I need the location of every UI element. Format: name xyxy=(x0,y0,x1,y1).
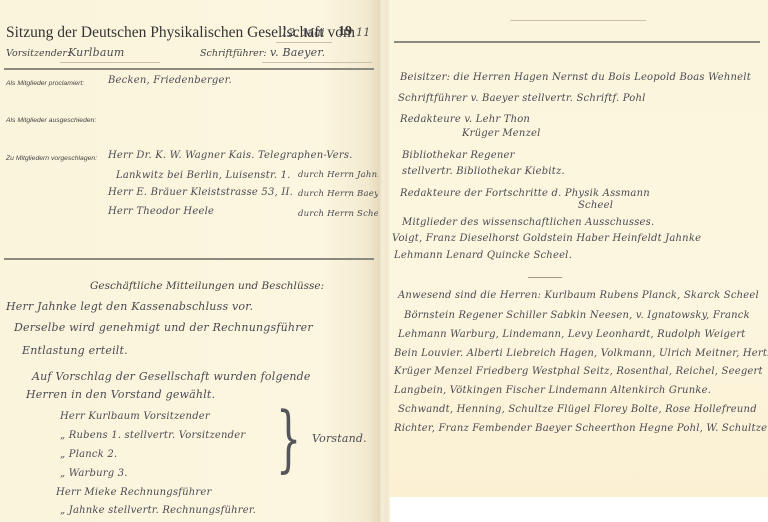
attendance-line-3: Lehmann Warburg, Lindemann, Levy Leonhar… xyxy=(398,329,745,340)
board-member-2: „ Rubens 1. stellvertr. Vorsitzender xyxy=(60,430,245,441)
committee-heading: Mitglieder des wissenschaftlichen Aussch… xyxy=(402,217,654,228)
session-date: 12. Mai xyxy=(281,26,325,39)
brace-label: Vorstand. xyxy=(312,432,367,445)
sponsor-2: durch Herrn Baeyer. xyxy=(298,189,390,199)
header-rule xyxy=(4,68,374,70)
top-short-rule xyxy=(510,20,646,21)
secretary-label: Schriftführer: xyxy=(200,48,267,59)
attendance-line-6: Langbein, Vötkingen Fischer Lindemann Al… xyxy=(394,385,711,396)
business-para-3: Entlastung erteilt. xyxy=(22,344,128,357)
attendance-line-8: Richter, Franz Fembender Baeyer Scheerth… xyxy=(394,423,768,434)
year-handwritten: 11 xyxy=(356,26,370,39)
resigned-label: Als Mitglieder ausgeschieden: xyxy=(6,117,96,124)
attendance-line-5: Krüger Menzel Friedberg Westphal Seitz, … xyxy=(394,366,763,377)
proposed-label: Zu Mitgliedern vorgeschlagen: xyxy=(6,155,97,162)
board-member-4: „ Warburg 3. xyxy=(60,468,128,479)
business-para-1: Herr Jahnke legt den Kassenabschluss vor… xyxy=(6,300,253,313)
sponsor-3: durch Herrn Scheel. xyxy=(298,209,390,219)
mid-short-rule xyxy=(528,277,562,278)
officer-line-3: Redakteure v. Lehr Thon xyxy=(400,114,530,125)
officer-line-8: Scheel xyxy=(578,200,613,211)
proclaimed-names: Becken, Friedenberger. xyxy=(108,75,232,86)
proclaimed-label: Als Mitglieder proclamiert: xyxy=(6,80,84,87)
secretary-name: v. Baeyer. xyxy=(270,46,325,59)
year-printed: 19 xyxy=(338,24,352,40)
sponsor-1: durch Herrn Jahnke xyxy=(298,170,388,180)
proposed-line-3: Herr E. Bräuer Kleiststrasse 53, II. xyxy=(108,187,293,198)
attendance-line-1: Anwesend sind die Herren: Kurlbaum Ruben… xyxy=(398,290,759,301)
attendance-line-7: Schwandt, Henning, Schultze Flügel Flore… xyxy=(398,404,757,415)
attendance-line-2: Börnstein Regener Schiller Sabkin Neesen… xyxy=(404,310,750,321)
board-member-5: Herr Mieke Rechnungsführer xyxy=(56,487,212,498)
board-member-6: „ Jahnke stellvertr. Rechnungsführer. xyxy=(60,505,256,516)
business-heading: Geschäftliche Mitteilungen und Beschlüss… xyxy=(90,280,324,292)
attendance-line-4: Bein Louvier. Alberti Liebreich Hagen, V… xyxy=(394,348,768,359)
brace-icon: } xyxy=(276,402,301,474)
election-intro-1: Auf Vorschlag der Gesellschaft wurden fo… xyxy=(32,370,311,383)
chair-label: Vorsitzender: xyxy=(6,48,70,59)
committee-line-2: Lehmann Lenard Quincke Scheel. xyxy=(394,250,572,261)
officer-line-2: Schriftführer v. Baeyer stellvertr. Schr… xyxy=(398,93,646,104)
chair-name: Kurlbaum xyxy=(68,46,125,59)
election-intro-2: Herren in den Vorstand gewählt. xyxy=(26,388,215,401)
business-para-2: Derselbe wird genehmigt und der Rechnung… xyxy=(14,321,313,334)
left-page: Sitzung der Deutschen Physikalischen Ges… xyxy=(0,0,378,522)
chair-underline xyxy=(60,62,160,63)
officer-line-6: stellvertr. Bibliothekar Kiebitz. xyxy=(402,166,565,177)
officer-line-7: Redakteure der Fortschritte d. Physik As… xyxy=(400,188,650,199)
committee-line-1: Voigt, Franz Dieselhorst Goldstein Haber… xyxy=(392,233,701,244)
officer-line-5: Bibliothekar Regener xyxy=(402,150,515,161)
section-rule xyxy=(4,258,374,260)
board-member-1: Herr Kurlbaum Vorsitzender xyxy=(60,411,210,422)
officer-line-4: Krüger Menzel xyxy=(462,128,541,139)
right-header-rule xyxy=(394,41,760,43)
officer-line-1: Beisitzer: die Herren Hagen Nernst du Bo… xyxy=(400,72,751,83)
date-underline xyxy=(276,42,332,43)
proposed-line-2: Lankwitz bei Berlin, Luisenstr. 1. xyxy=(116,170,291,181)
page-gutter xyxy=(378,0,390,522)
secretary-underline xyxy=(262,62,372,63)
proposed-line-1: Herr Dr. K. W. Wagner Kais. Telegraphen-… xyxy=(108,150,353,161)
proposed-line-4: Herr Theodor Heele xyxy=(108,206,214,217)
board-member-3: „ Planck 2. xyxy=(60,449,117,460)
right-page: Beisitzer: die Herren Hagen Nernst du Bo… xyxy=(390,0,768,497)
